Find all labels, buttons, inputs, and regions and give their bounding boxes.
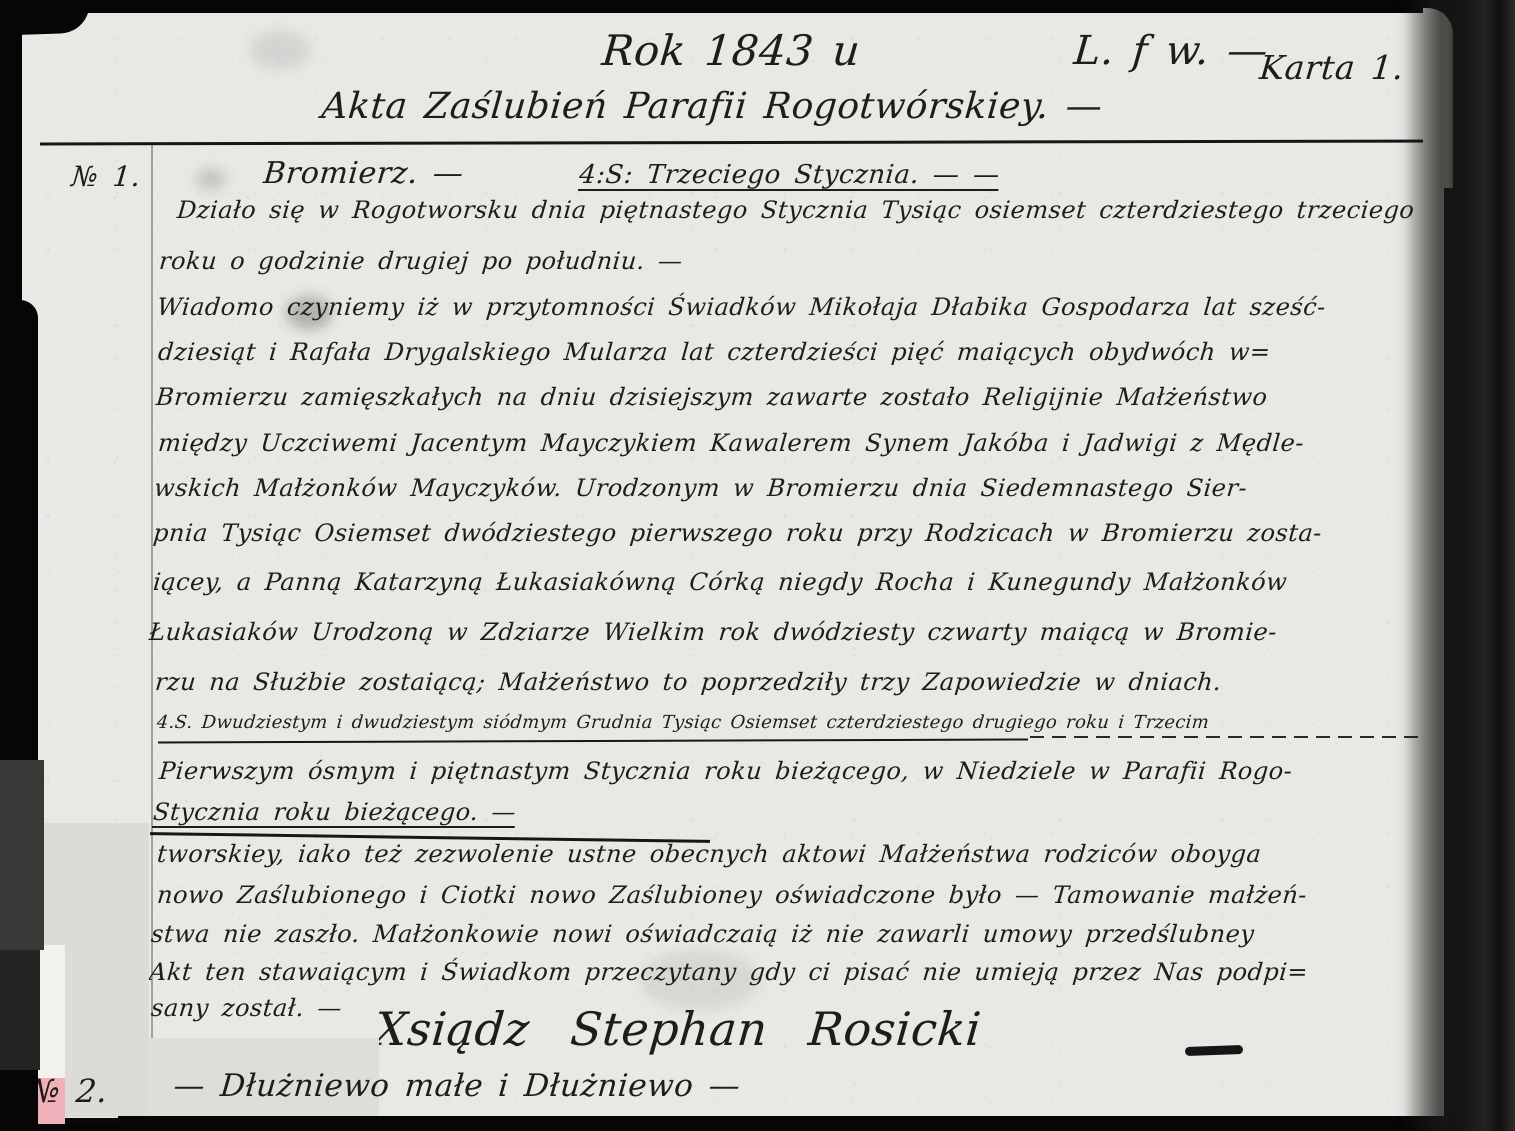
manuscript-line: iącey, a Panną Katarzyną Łukasiakówną Có… bbox=[152, 568, 1289, 596]
ink-smudge bbox=[196, 168, 226, 190]
act-number: № 1. bbox=[70, 160, 142, 193]
manuscript-line: roku o godzinie drugiej po południu. — bbox=[158, 247, 684, 275]
folio-mark: L. f w. — bbox=[1072, 28, 1270, 74]
manuscript-line: między Uczciwemi Jacentym Mayczykiem Kaw… bbox=[157, 429, 1305, 457]
manuscript-line: Działo się w Rogotworsku dnia piętnasteg… bbox=[176, 196, 1416, 224]
manuscript-line: Wiadomo czyniemy iż w przytomności Świad… bbox=[156, 293, 1327, 321]
scanned-register-page: Rok 1843 u L. f w. — Karta 1. Akta Zaślu… bbox=[0, 0, 1515, 1131]
act2-heading: — Dłużniewo małe i Dłużniewo — bbox=[172, 1068, 742, 1104]
manuscript-line: nowo Zaślubionego i Ciotki nowo Zaślubio… bbox=[156, 881, 1308, 909]
manuscript-line: pnia Tysiąc Osiemset dwódziestego pierws… bbox=[152, 519, 1323, 547]
manuscript-line: Stycznia roku bieżącego. — bbox=[152, 798, 517, 826]
year-label: Rok 1843 u bbox=[600, 26, 862, 75]
scan-border-left-gray bbox=[0, 760, 44, 950]
manuscript-line: Pierwszym ósmym i piętnastym Stycznia ro… bbox=[158, 757, 1294, 785]
scan-border-bottom-left bbox=[0, 1124, 120, 1131]
binding-edge bbox=[1405, 0, 1515, 1131]
manuscript-line: tworskiey, iako też zezwolenie ustne obe… bbox=[156, 840, 1263, 868]
priest-signature: Xsiądz Stephan Rosicki bbox=[372, 1002, 983, 1056]
manuscript-line: stwa nie zaszło. Małżonkowie nowi oświad… bbox=[150, 920, 1256, 948]
manuscript-line: Akt ten stawaiącym i Świadkom przeczytan… bbox=[148, 958, 1309, 986]
manuscript-line: sany został. — bbox=[150, 994, 343, 1022]
register-title: Akta Zaślubień Parafii Rogotwórskiey. — bbox=[320, 86, 1104, 127]
scan-border-top bbox=[0, 0, 1515, 13]
page-number-label: Karta 1. bbox=[1258, 48, 1405, 87]
interlinear-underline-dashed bbox=[1030, 736, 1420, 738]
interlinear-note: 4.S. Dwudziestym i dwudziestym siódmym G… bbox=[156, 712, 1210, 733]
scan-border-bottom bbox=[118, 1116, 1515, 1131]
act-date-heading: 4:S: Trzeciego Stycznia. — — bbox=[578, 160, 1001, 190]
scan-border-left-gray bbox=[0, 950, 40, 1070]
manuscript-line: dziesiąt i Rafała Drygalskiego Mularza l… bbox=[157, 338, 1272, 366]
act-place-heading: Bromierz. — bbox=[262, 156, 465, 191]
act2-number: № 2. bbox=[28, 1072, 109, 1110]
manuscript-line: Łukasiaków Urodzoną w Zdziarze Wielkim r… bbox=[148, 618, 1278, 646]
paper-stain bbox=[250, 30, 310, 70]
manuscript-line: rzu na Służbie zostaiącą; Małżeństwo to … bbox=[154, 668, 1223, 696]
manuscript-line: wskich Małżonków Mayczyków. Urodzonym w … bbox=[153, 474, 1248, 502]
manuscript-line: Bromierzu zamięszkałych na dniu dzisiejs… bbox=[155, 383, 1269, 411]
